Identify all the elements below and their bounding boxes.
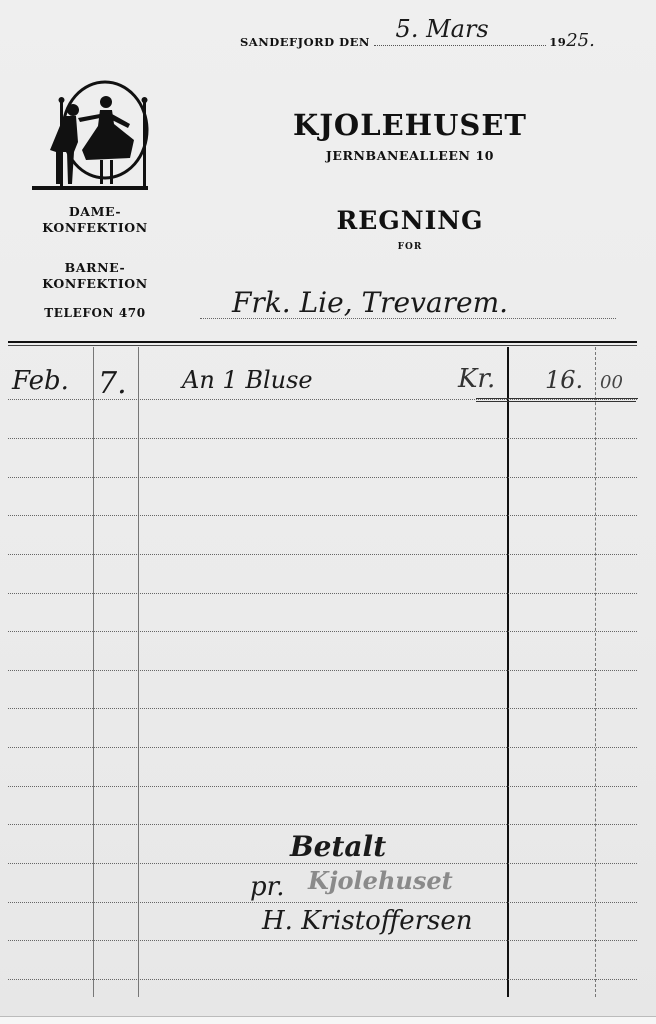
invoice-paper: SANDEFJORD DEN 5. Mars 1925. DAME- (0, 0, 656, 1016)
sidebar-line2: KONFEKTION (10, 220, 180, 236)
column-divider-amount (507, 347, 509, 997)
sidebar-dame: DAME- KONFEKTION (10, 204, 180, 236)
signatory-name: H. Kristoffersen (262, 906, 473, 936)
per-handwritten: pr. (250, 872, 284, 902)
date-handwritten: 5. Mars (396, 15, 489, 43)
row-rule (8, 631, 637, 632)
item-day: 7. (98, 366, 127, 401)
year-prefix: 19 (549, 35, 566, 49)
column-divider-day (93, 347, 94, 997)
table-top-rule-thin (8, 345, 637, 346)
date-field: 5. Mars (374, 31, 546, 46)
year-handwritten: 25. (566, 30, 595, 51)
row-rule (8, 747, 637, 748)
row-rule (8, 593, 637, 594)
page-edge (0, 1016, 656, 1024)
item-description: An 1 Bluse (182, 366, 313, 394)
row-rule (8, 708, 637, 709)
row-rule (8, 863, 637, 864)
company-name: KJOLEHUSET (250, 108, 570, 142)
row-rule (8, 786, 637, 787)
row-rule (8, 940, 637, 941)
row-rule (8, 554, 637, 555)
row-rule (8, 477, 637, 478)
sidebar-line4: KONFEKTION (10, 276, 180, 292)
sidebar-line3: BARNE- (10, 260, 180, 276)
logo (30, 80, 150, 195)
item-amount-kr: 16. (545, 366, 583, 394)
for-label: FOR (250, 242, 570, 252)
row-rule (8, 515, 637, 516)
row-rule (8, 670, 637, 671)
customer-handwritten: Frk. Lie, Trevarem. (232, 286, 508, 319)
sidebar-line1: DAME- (10, 204, 180, 220)
invoice-title: REGNING (250, 206, 570, 235)
sidebar-barne: BARNE- KONFEKTION (10, 260, 180, 292)
row-rule (8, 824, 637, 825)
date-line: SANDEFJORD DEN 5. Mars 1925. (240, 30, 595, 51)
paid-handwritten: Betalt (290, 830, 386, 863)
row-rule (8, 902, 637, 903)
total-underline-bottom (476, 401, 636, 402)
silhouette-couple-mirror-icon (30, 80, 150, 195)
place-label: SANDEFJORD DEN (240, 35, 370, 49)
column-divider-ore (595, 347, 596, 997)
table-top-rule (8, 341, 637, 343)
item-currency: Kr. (458, 364, 495, 394)
sidebar-phone: TELEFON 470 (10, 305, 180, 321)
item-month: Feb. (12, 366, 69, 396)
company-stamp: Kjolehuset (308, 866, 453, 895)
company-address: JERNBANEALLEEN 10 (250, 148, 570, 163)
row-rule (8, 979, 637, 980)
item-amount-ore: 00 (600, 372, 623, 393)
column-divider-description (138, 347, 139, 997)
row-rule (8, 438, 637, 439)
total-underline-top (476, 398, 638, 399)
